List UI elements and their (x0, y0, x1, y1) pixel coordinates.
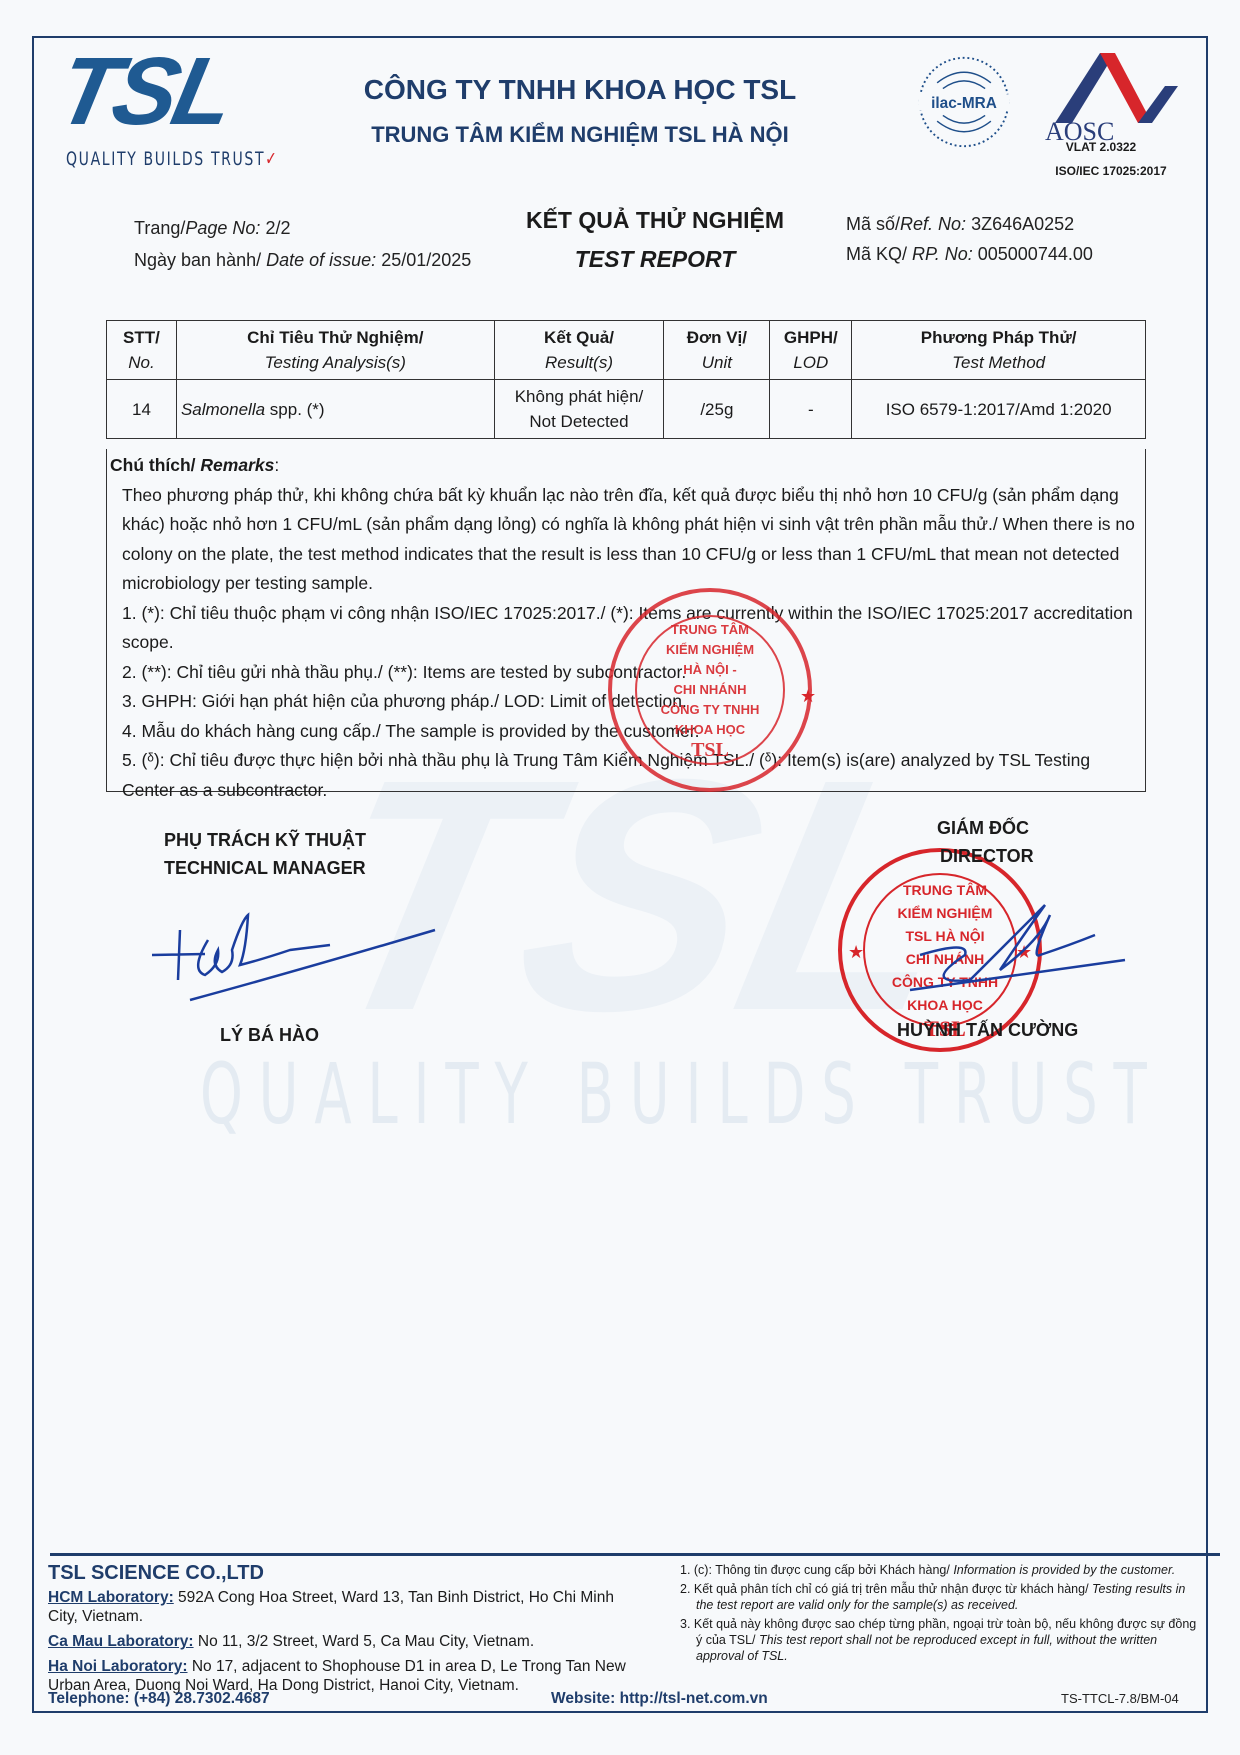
issue-date: Ngày ban hành/ Date of issue: 25/01/2025 (134, 250, 471, 271)
date-label-vn: Ngày ban hành/ (134, 250, 261, 270)
date-label-en: Date of issue: (266, 250, 376, 270)
center-name: TRUNG TÂM KIỂM NGHIỆM TSL HÀ NỘI (300, 122, 860, 148)
svg-text:HÀ NỘI -: HÀ NỘI - (683, 662, 736, 677)
director-title-en: DIRECTOR (940, 846, 1034, 867)
footer-lab-camau: Ca Mau Laboratory: No 11, 3/2 Street, Wa… (48, 1632, 648, 1651)
cell-lod: - (770, 380, 852, 439)
footer-note: 3. Kết quả này không được sao chép từng … (680, 1616, 1200, 1664)
page-number: Trang/Page No: 2/2 (134, 218, 290, 239)
rp-value: 005000744.00 (978, 244, 1093, 264)
header-analysis: Chỉ Tiêu Thử Nghiệm/Testing Analysis(s) (176, 321, 494, 380)
logo-tagline: QUALITY BUILDS TRUST✓ (66, 148, 279, 170)
footer-divider (50, 1553, 1220, 1556)
ref-label-vn: Mã số/ (846, 214, 900, 234)
tech-manager-title-vn: PHỤ TRÁCH KỸ THUẬT (164, 830, 366, 851)
remarks-intro: Theo phương pháp thử, khi không chứa bất… (110, 481, 1137, 599)
svg-text:ilac-MRA: ilac-MRA (931, 95, 997, 112)
page-label-vn: Trang/ (134, 218, 185, 238)
iso-standard: ISO/IEC 17025:2017 (1036, 164, 1186, 178)
ref-value: 3Z646A0252 (971, 214, 1074, 234)
cell-no: 14 (107, 380, 177, 439)
svg-text:CÔNG TY TNHH: CÔNG TY TNHH (661, 702, 760, 717)
cell-method: ISO 6579-1:2017/Amd 1:2020 (852, 380, 1146, 439)
page-value: 2/2 (265, 218, 290, 238)
ref-number: Mã số/Ref. No: 3Z646A0252 (846, 214, 1074, 235)
footer-telephone: Telephone: (+84) 28.7302.4687 (48, 1690, 270, 1708)
page-label-en: Page No: (185, 218, 260, 238)
director-title-vn: GIÁM ĐỐC (937, 818, 1029, 839)
footer-lab-hcm: HCM Laboratory: 592A Cong Hoa Street, Wa… (48, 1588, 648, 1626)
tsl-logo: TSL (50, 44, 240, 140)
director-name: HUỲNH TẤN CƯỜNG (897, 1020, 1078, 1041)
svg-text:★: ★ (848, 942, 864, 963)
cell-result: Không phát hiện/Not Detected (494, 380, 664, 439)
svg-text:★: ★ (800, 686, 816, 707)
aosc-logo-icon: AOSC (1040, 48, 1180, 143)
company-name: CÔNG TY TNHH KHOA HỌC TSL (300, 74, 860, 106)
ilac-mra-logo-icon: ilac-MRA (916, 54, 1012, 150)
logo-tagline-text: QUALITY BUILDS TRUST (66, 148, 265, 170)
header-method: Phương Pháp Thử/Test Method (852, 321, 1146, 380)
checkmark-icon: ✓ (265, 148, 278, 170)
rp-label-vn: Mã KQ/ (846, 244, 907, 264)
svg-text:TRUNG TÂM: TRUNG TÂM (671, 622, 749, 637)
rp-label-en: RP. No: (912, 244, 973, 264)
footer-website[interactable]: Website: http://tsl-net.com.vn (551, 1690, 768, 1708)
table-row: 14 Salmonella spp. (*) Không phát hiện/N… (107, 380, 1146, 439)
remarks-label: Chú thích/ Remarks: (110, 451, 1137, 481)
results-table: STT/No. Chỉ Tiêu Thử Nghiệm/Testing Anal… (106, 320, 1146, 439)
header-unit: Đơn Vị/Unit (664, 321, 770, 380)
tech-manager-signature-icon (150, 910, 440, 1020)
date-value: 25/01/2025 (381, 250, 471, 270)
ref-label-en: Ref. No: (900, 214, 966, 234)
footer-note: 1. (c): Thông tin được cung cấp bởi Khác… (680, 1562, 1200, 1578)
report-title-en: TEST REPORT (505, 246, 805, 273)
table-header-row: STT/No. Chỉ Tiêu Thử Nghiệm/Testing Anal… (107, 321, 1146, 380)
svg-text:KHOA HỌC: KHOA HỌC (675, 722, 746, 737)
svg-text:CHI NHÁNH: CHI NHÁNH (674, 682, 747, 697)
company-stamp-icon: ★ TRUNG TÂM KIỂM NGHIỆM HÀ NỘI - CHI NHÁ… (600, 582, 850, 802)
director-signature-icon (900, 900, 1130, 1010)
svg-text:TSL: TSL (691, 739, 729, 761)
svg-text:KIỂM NGHIỆM: KIỂM NGHIỆM (666, 642, 754, 657)
header-no: STT/No. (107, 321, 177, 380)
footer-company: TSL SCIENCE CO.,LTD (48, 1562, 264, 1585)
header-result: Kết Quả/Result(s) (494, 321, 664, 380)
report-title-vn: KẾT QUẢ THỬ NGHIỆM (505, 207, 805, 234)
footer-notes: 1. (c): Thông tin được cung cấp bởi Khác… (680, 1562, 1200, 1667)
vlat-code: VLAT 2.0322 (1036, 140, 1166, 154)
header-lod: GHPH/LOD (770, 321, 852, 380)
rp-number: Mã KQ/ RP. No: 005000744.00 (846, 244, 1093, 265)
tech-manager-name: LÝ BÁ HÀO (220, 1025, 319, 1046)
cell-analysis: Salmonella spp. (*) (176, 380, 494, 439)
svg-text:TRUNG TÂM: TRUNG TÂM (903, 881, 987, 898)
tech-manager-title-en: TECHNICAL MANAGER (164, 858, 366, 879)
footer-form-code: TS-TTCL-7.8/BM-04 (1061, 1691, 1179, 1706)
footer-note: 2. Kết quả phân tích chỉ có giá trị trên… (680, 1581, 1200, 1613)
cell-unit: /25g (664, 380, 770, 439)
